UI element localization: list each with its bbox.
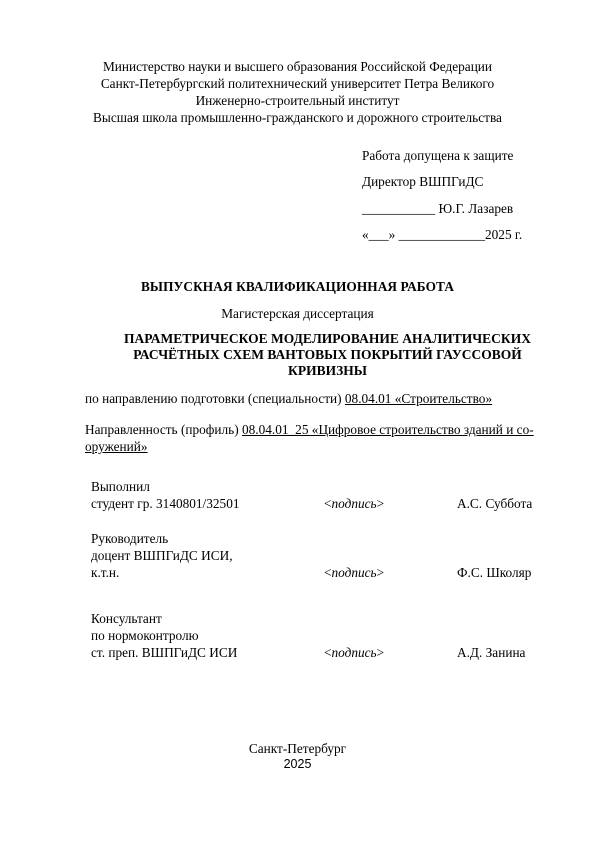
signature-role: доцент ВШПГиДС ИСИ, [91,547,551,564]
degree-label: Магистерская диссертация [0,306,595,322]
approval-admitted: Работа допущена к защите [362,148,513,164]
signature-mark: <подпись> [324,564,384,581]
university-line: Санкт-Петербургский политехнический унив… [0,75,595,92]
thesis-title: ПАРАМЕТРИЧЕСКОЕ МОДЕЛИРОВАНИЕ АНАЛИТИЧЕС… [100,331,555,379]
signature-block-author: Выполнил студент гр. 3140801/32501 <подп… [91,478,551,518]
signature-mark: <подпись> [324,644,384,661]
signature-placeholder: <подпись> [324,645,384,660]
approval-date: «___» _____________2025 г. [362,227,522,243]
signature-name: А.С. Суббота [457,495,532,512]
approval-director-title: Директор ВШПГиДС [362,174,483,190]
signature-name: А.Д. Занина [457,644,525,661]
signature-mark: <подпись> [324,495,384,512]
approval-director-signature: ___________ Ю.Г. Лазарев [362,201,513,217]
signature-role: Консультант [91,610,551,627]
signature-block-consultant: Консультант по нормоконтролю ст. преп. В… [91,610,551,670]
institute-line: Инженерно-строительный институт [0,92,595,109]
profile-label: Направленность (профиль) [85,422,242,437]
footer-year: 2025 [0,757,595,771]
signature-role: по нормоконтролю [91,627,551,644]
ministry-line: Министерство науки и высшего образования… [0,58,595,75]
profile-line: Направленность (профиль) 08.04.01_25 «Ци… [85,421,570,455]
direction-value: 08.04.01 «Строительство» [345,391,492,406]
work-type-heading: ВЫПУСКНАЯ КВАЛИФИКАЦИОННАЯ РАБОТА [0,279,595,295]
organization-header: Министерство науки и высшего образования… [0,58,595,126]
footer-city: Санкт-Петербург [0,741,595,757]
signature-name: Ф.С. Школяр [457,564,531,581]
signature-placeholder: <подпись> [324,565,384,580]
direction-label: по направлению подготовки (специальности… [85,391,345,406]
signature-placeholder: <подпись> [324,496,384,511]
signature-role: Руководитель [91,530,551,547]
signature-block-supervisor: Руководитель доцент ВШПГиДС ИСИ, к.т.н. … [91,530,551,590]
school-line: Высшая школа промышленно-гражданского и … [0,109,595,126]
direction-line: по направлению подготовки (специальности… [85,391,492,407]
signature-role: Выполнил [91,478,551,495]
